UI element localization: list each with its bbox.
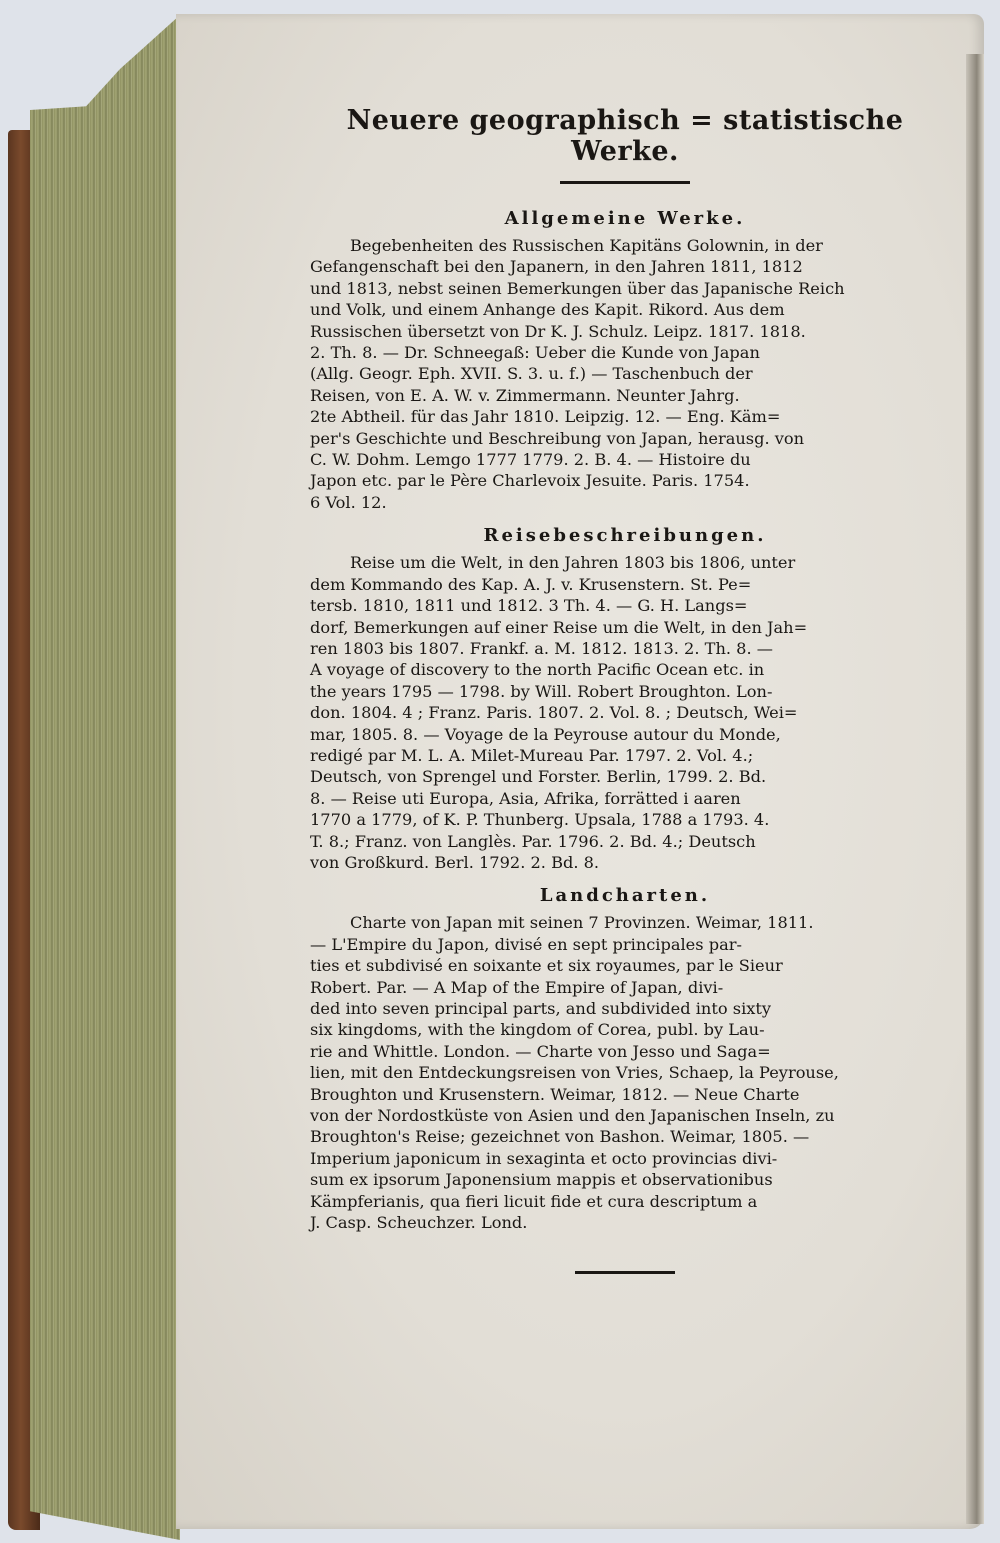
text-line: sum ex ipsorum Japonensium mappis et obs… bbox=[310, 1169, 940, 1190]
text-line: A voyage of discovery to the north Pacif… bbox=[310, 659, 940, 680]
text-line: ded into seven principal parts, and subd… bbox=[310, 998, 940, 1019]
page-content: Neuere geographisch = statistische Werke… bbox=[310, 105, 940, 1298]
text-line: C. W. Dohm. Lemgo 1777 1779. 2. B. 4. — … bbox=[310, 449, 940, 470]
text-line: von Großkurd. Berl. 1792. 2. Bd. 8. bbox=[310, 852, 940, 873]
text-line: Reise um die Welt, in den Jahren 1803 bi… bbox=[310, 552, 940, 573]
text-line: dorf, Bemerkungen auf einer Reise um die… bbox=[310, 617, 940, 638]
text-line: 1770 a 1779, of K. P. Thunberg. Upsala, … bbox=[310, 809, 940, 830]
text-line: redigé par M. L. A. Milet-Mureau Par. 17… bbox=[310, 745, 940, 766]
text-line: don. 1804. 4 ; Franz. Paris. 1807. 2. Vo… bbox=[310, 702, 940, 723]
section-heading: Landcharten. bbox=[310, 885, 940, 906]
text-line: von der Nordostküste von Asien und den J… bbox=[310, 1105, 940, 1126]
text-line: tersb. 1810, 1811 und 1812. 3 Th. 4. — G… bbox=[310, 595, 940, 616]
text-line: rie and Whittle. London. — Charte von Je… bbox=[310, 1041, 940, 1062]
text-line: Gefangenschaft bei den Japanern, in den … bbox=[310, 256, 940, 277]
text-line: T. 8.; Franz. von Langlès. Par. 1796. 2.… bbox=[310, 831, 940, 852]
page-title: Neuere geographisch = statistische Werke… bbox=[310, 105, 940, 167]
text-line: Broughton's Reise; gezeichnet von Bashon… bbox=[310, 1126, 940, 1147]
section-landcharten: Landcharten. Charte von Japan mit seinen… bbox=[310, 885, 940, 1233]
text-line: Japon etc. par le Père Charlevoix Jesuit… bbox=[310, 470, 940, 491]
text-line: ren 1803 bis 1807. Frankf. a. M. 1812. 1… bbox=[310, 638, 940, 659]
text-line: the years 1795 — 1798. by Will. Robert B… bbox=[310, 681, 940, 702]
text-line: Broughton und Krusenstern. Weimar, 1812.… bbox=[310, 1084, 940, 1105]
text-line: J. Casp. Scheuchzer. Lond. bbox=[310, 1212, 940, 1233]
title-rule-divider bbox=[560, 181, 690, 184]
text-line: per's Geschichte und Beschreibung von Ja… bbox=[310, 428, 940, 449]
text-line: Begebenheiten des Russischen Kapitäns Go… bbox=[310, 235, 940, 256]
text-line: 6 Vol. 12. bbox=[310, 492, 940, 513]
section-heading: Reisebeschreibungen. bbox=[310, 525, 940, 546]
section-body: Begebenheiten des Russischen Kapitäns Go… bbox=[310, 235, 940, 513]
text-line: 2. Th. 8. — Dr. Schneegaß: Ueber die Kun… bbox=[310, 342, 940, 363]
section-allgemeine-werke: Allgemeine Werke. Begebenheiten des Russ… bbox=[310, 208, 940, 513]
section-body: Reise um die Welt, in den Jahren 1803 bi… bbox=[310, 552, 940, 873]
text-line: mar, 1805. 8. — Voyage de la Peyrouse au… bbox=[310, 724, 940, 745]
text-line: 2te Abtheil. für das Jahr 1810. Leipzig.… bbox=[310, 406, 940, 427]
text-line: ties et subdivisé en soixante et six roy… bbox=[310, 955, 940, 976]
text-line: Charte von Japan mit seinen 7 Provinzen.… bbox=[310, 912, 940, 933]
page-gutter bbox=[966, 54, 984, 1524]
text-line: und Volk, und einem Anhange des Kapit. R… bbox=[310, 299, 940, 320]
text-line: six kingdoms, with the kingdom of Corea,… bbox=[310, 1019, 940, 1040]
section-reisebeschreibungen: Reisebeschreibungen. Reise um die Welt, … bbox=[310, 525, 940, 873]
text-line: (Allg. Geogr. Eph. XVII. S. 3. u. f.) — … bbox=[310, 363, 940, 384]
text-line: Imperium japonicum in sexaginta et octo … bbox=[310, 1148, 940, 1169]
text-line: Russischen übersetzt von Dr K. J. Schulz… bbox=[310, 321, 940, 342]
text-line: dem Kommando des Kap. A. J. v. Krusenste… bbox=[310, 574, 940, 595]
text-line: Deutsch, von Sprengel und Forster. Berli… bbox=[310, 766, 940, 787]
text-line: Reisen, von E. A. W. v. Zimmermann. Neun… bbox=[310, 385, 940, 406]
page-edges bbox=[30, 100, 180, 1540]
end-rule-divider bbox=[575, 1271, 675, 1274]
section-heading: Allgemeine Werke. bbox=[310, 208, 940, 229]
text-line: 8. — Reise uti Europa, Asia, Afrika, for… bbox=[310, 788, 940, 809]
section-body: Charte von Japan mit seinen 7 Provinzen.… bbox=[310, 912, 940, 1233]
text-line: Kämpferianis, qua fieri licuit fide et c… bbox=[310, 1191, 940, 1212]
text-line: — L'Empire du Japon, divisé en sept prin… bbox=[310, 934, 940, 955]
text-line: und 1813, nebst seinen Bemerkungen über … bbox=[310, 278, 940, 299]
text-line: lien, mit den Entdeckungsreisen von Vrie… bbox=[310, 1062, 940, 1083]
text-line: Robert. Par. — A Map of the Empire of Ja… bbox=[310, 977, 940, 998]
